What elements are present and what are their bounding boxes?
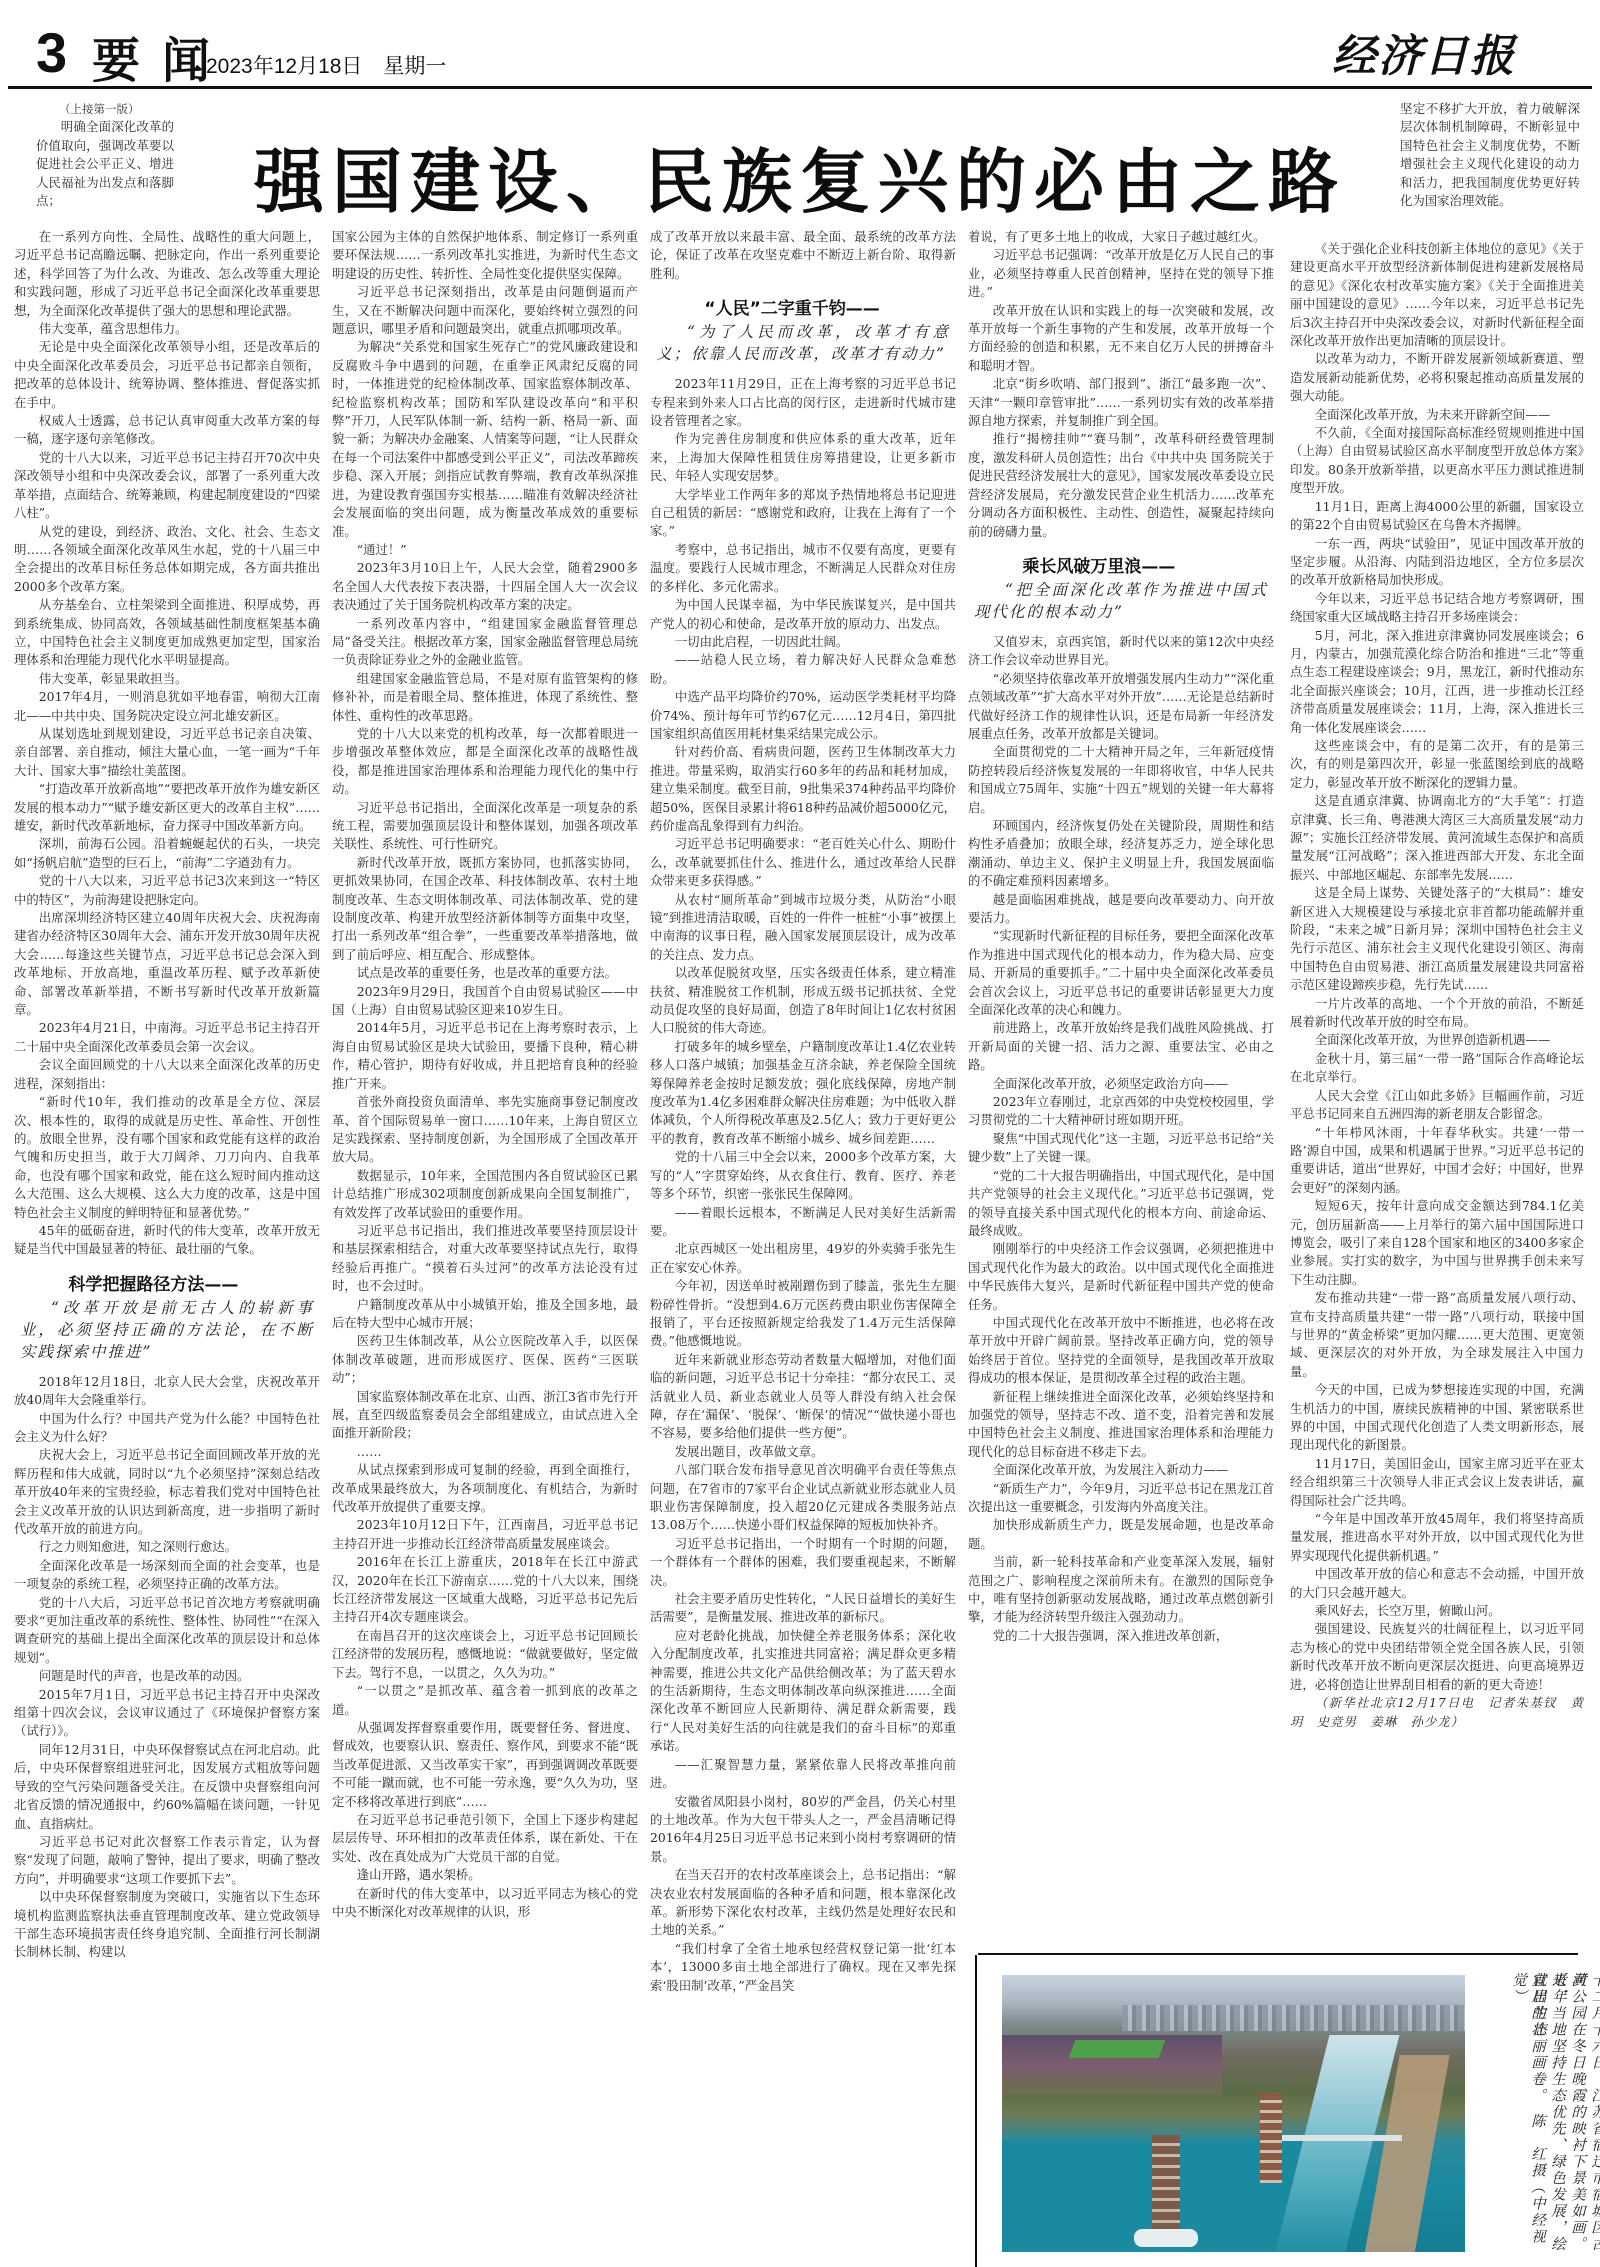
paragraph: 作为完善住房制度和供应体系的重大改革，近年来，上海加大保障性租赁住房筹措建设，让…	[650, 430, 956, 485]
intro-paragraph: 明确全面深化改革的价值取向，强调改革要以促进社会公平正义、增进人民福祉为出发点和…	[36, 118, 174, 210]
paragraph: 从试点探索到形成可复制的经验，再到全面推行，改革成果最终放大，为各项制度化、有机…	[332, 1461, 638, 1516]
paragraph: 北京“街乡吹哨、部门报到”、浙江“最多跑一次”、天津“一颗印章管审批”……一系列…	[968, 375, 1274, 430]
paragraph: 党的十八大后，习近平总书记首次地方考察就明确要求“更加注重改革的系统性、整体性、…	[14, 1594, 320, 1668]
paragraph: 考察中，总书记指出，城市不仅要有高度，更要有温度。要践行人民城市理念，不断满足人…	[650, 541, 956, 596]
paragraph: 人民大会堂《江山如此多娇》巨幅画作前，习近平总书记同来自五洲四海的新老朋友合影留…	[1290, 1087, 1584, 1124]
paragraph: 习近平总书记对此次督察工作表示肯定，认为督察“发现了问题，敲响了警钟，提出了要求…	[14, 1833, 320, 1888]
article-column-3: 成了改革开放以来最丰富、最全面、最系统的改革方法论，保证了改革在攻坚克难中不断迈…	[650, 228, 956, 2263]
masthead-rule	[8, 86, 1592, 89]
paragraph: 2015年7月1日，习近平总书记主持召开中央深改组第十四次会议，会议审议通过了《…	[14, 1686, 320, 1741]
paragraph: 习近平总书记强调：“改革开放是亿万人民自己的事业，必须坚持尊重人民首创精神，坚持…	[968, 246, 1274, 301]
paragraph: 刚刚举行的中央经济工作会议强调，必须把推进中国式现代化作为最大的政治。以中国式现…	[968, 1240, 1274, 1314]
paragraph: 发展出题目，改革做文章。	[650, 1443, 956, 1461]
paragraph: 全面深化改革是一场深刻而全面的社会变革，也是一项复杂的系统工程，必须坚持正确的改…	[14, 1557, 320, 1594]
paragraph: 一切由此启程，一切因此壮阔。	[650, 633, 956, 651]
paragraph: 2023年11月29日，正在上海考察的习近平总书记专程来到外来人口占比高的闵行区…	[650, 375, 956, 430]
paragraph: 加快形成新质生产力，既是发展命题，也是改革命题。	[968, 1516, 1274, 1553]
paragraph: 为中国人民谋幸福，为中华民族谋复兴，是中国共产党人的初心和使命，是改革开放的原动…	[650, 596, 956, 633]
paragraph: 中国为什么行？中国共产党为什么能？中国特色社会主义为什么好？	[14, 1410, 320, 1447]
paragraph: “党的二十大报告明确指出，中国式现代化，是中国共产党领导的社会主义现代化。”习近…	[968, 1167, 1274, 1241]
paragraph: “实现新时代新征程的目标任务，要把全面深化改革作为推进中国式现代化的根本动力，作…	[968, 927, 1274, 1019]
paragraph: 无论是中央全面深化改革领导小组，还是改革后的中央全面深化改革委员会，习近平总书记…	[14, 338, 320, 412]
paragraph: 习近平总书记指出，全面深化改革是一项复杂的系统工程，需要加强顶层设计和整体谋划，…	[332, 799, 638, 854]
paragraph: 国家监察体制改革在北京、山西、浙江3省市先行开展，直至四级监察委员会全部组建成立…	[332, 1388, 638, 1443]
paragraph: “一以贯之”是抓改革、蕴含着一抓到底的改革之道。	[332, 1682, 638, 1719]
paragraph: 医药卫生体制改革，从公立医院改革入手，以医保体制改革破题，进而形成医疗、医保、医…	[332, 1332, 638, 1387]
subhead-title: “人民”二字重千钧——	[650, 297, 956, 321]
paragraph: 同年12月31日，中央环保督察试点在河北启动。此后，中央环保督察组进驻河北，因发…	[14, 1741, 320, 1833]
paragraph: 党的十八大以来，习近平总书记3次来到这一“特区中的特区”，为前海建设把脉定向。	[14, 872, 320, 909]
paragraph: 全面深化改革开放，为发展注入新动力——	[968, 1461, 1274, 1479]
paragraph: 数据显示，10年来，全国范围内各自贸试验区已累计总结推广形成302项制度创新成果…	[332, 1167, 638, 1222]
paragraph: 《关于强化企业科技创新主体地位的意见》《关于建设更高水平开放型经济新体制促进构建…	[1290, 240, 1584, 350]
paragraph: 习近平总书记明确要求：“老百姓关心什么、期盼什么，改革就要抓住什么、推进什么，通…	[650, 835, 956, 890]
paragraph: 聚焦“中国式现代化”这一主题，习近平总书记给“关键少数”上了关键一课。	[968, 1130, 1274, 1167]
paragraph: 试点是改革的重要任务，也是改革的重要方法。	[332, 964, 638, 982]
paragraph: 组建国家金融监管总局，不是对原有监管架构的修修补补，而是着眼全局、整体推进，体现…	[332, 670, 638, 725]
paragraph: 从夯基垒台、立柱架梁到全面推进、积厚成势，再到系统集成、协同高效，各领域基础性制…	[14, 596, 320, 670]
paragraph: 越是面临困难挑战，越是要向改革要动力、向开放要活力。	[968, 891, 1274, 928]
paragraph: 问题是时代的声音，也是改革的动因。	[14, 1667, 320, 1685]
photo-divider	[978, 1953, 1578, 1955]
paragraph: 中选产品平均降价约70%，运动医学类耗材平均降价74%、预计每年可节约67亿元……	[650, 688, 956, 743]
paragraph: 短短6天，按年计意向成交金额达到784.1亿美元，创历届新高——上月举行的第六届…	[1290, 1197, 1584, 1289]
masthead: 3 要闻 2023年12月18日 星期一 经济日报	[0, 0, 1600, 88]
paragraph: 党的十八届三中全会以来，2000多个改革方案，大写的“人”字贯穿始终，从衣食住行…	[650, 1148, 956, 1203]
paragraph: 在习近平总书记垂范引领下，全国上下逐步构建起层层传导、环环相扣的改革责任体系，谋…	[332, 1811, 638, 1866]
article-column-2: 国家公园为主体的自然保护地体系、制定修订一系列重要环保法规……一系列改革扎实推进…	[332, 228, 638, 2263]
paragraph: 从党的建设，到经济、政治、文化、社会、生态文明……各领域全面深化改革风生水起，党…	[14, 523, 320, 597]
paragraph: 会议全面回顾党的十八大以来全面深化改革的历史进程，深刻指出：	[14, 1056, 320, 1093]
paragraph: 一片片改革的高地、一个个开放的前沿，不断延展着新时代改革开放的时空布局。	[1290, 995, 1584, 1032]
photo-city-skyline	[1122, 2005, 1465, 2031]
paragraph: 全面贯彻党的二十大精神开局之年，三年新冠疫情防控转段后经济恢复发展的一年即将收官…	[968, 743, 1274, 817]
page-number: 3	[36, 20, 67, 85]
paragraph: “我们村拿了全省土地承包经营权登记第一批‘红本本’，13000多亩土地全部进行了…	[650, 1940, 956, 1995]
paragraph: 金秋十月，第三届“一带一路”国际合作高峰论坛在北京举行。	[1290, 1050, 1584, 1087]
paragraph: 2023年立春刚过，北京西郊的中央党校校园里，学习贯彻党的二十大精神研讨班如期开…	[968, 1093, 1274, 1130]
paragraph: 以改革为动力，不断开辟发展新领域新赛道、塑造发展新动能新优势，必将积聚起推动高质…	[1290, 350, 1584, 405]
paragraph: 全面深化改革开放，为世界创造新机遇——	[1290, 1031, 1584, 1049]
paragraph: 为解决“关系党和国家生死存亡”的党风廉政建设和反腐败斗争中遇到的问题，在重拳正风…	[332, 338, 638, 540]
photo-bridge	[1272, 2135, 1402, 2141]
paragraph: 改革开放在认识和实践上的每一次突破和发展，改革开放每一个新生事物的产生和发展，改…	[968, 302, 1274, 376]
paragraph: 今天的中国，已成为梦想接连实现的中国，充满生机活力的中国，赓续民族精神的中国、紧…	[1290, 1381, 1584, 1455]
paragraph: “今年是中国改革开放45周年，我们将坚持高质量发展，推进高水平对外开放，以中国式…	[1290, 1510, 1584, 1565]
photo-green-field	[1069, 2040, 1166, 2058]
paragraph: 从强调发挥督察重要作用，既要督任务、督进度、督成效，也要察认识、察责任、察作风，…	[332, 1719, 638, 1811]
photo-caption-line-4: 宜居的壮丽画卷。 陈 红摄（中经视觉）	[1508, 1972, 1546, 2262]
paragraph: 从谋划选址到规划建设，习近平总书记亲自决策、亲自部署、亲自推动，倾注大量心血，一…	[14, 725, 320, 780]
paragraph: “新质生产力”，今年9月，习近平总书记在黑龙江首次提出这一重要概念，引发海内外高…	[968, 1480, 1274, 1517]
paragraph: 户籍制度改革从中小城镇开始，推及全国多地，最后在特大型中心城市开展；	[332, 1296, 638, 1333]
paragraph: 八部门联合发布指导意见首次明确平台责任等焦点问题，在7省市的7家平台企业试点新就…	[650, 1461, 956, 1535]
ellipsis: ……	[36, 210, 174, 220]
paragraph: 以中央环保督察制度为突破口，实施省以下生态环境机构监测监察执法垂直管理制度改革、…	[14, 1888, 320, 1962]
paragraph: 乘风好去，长空万里，俯瞰山河。	[1290, 1602, 1584, 1620]
paragraph: 又值岁末，京西宾馆，新时代以来的第12次中央经济工作会议牵动世界目光。	[968, 633, 1274, 670]
paragraph: 打破多年的城乡壁垒，户籍制度改革让1.4亿农业转移人口落户城镇；加强基金互济余缺…	[650, 1038, 956, 1148]
paragraph: 针对药价高、看病贵问题，医药卫生体制改革大力推进。带量采购，取消实行60多年的药…	[650, 743, 956, 835]
paragraph: ——着眼长远根本，不断满足人民对美好生活新需要。	[650, 1204, 956, 1241]
article-column-1-body: 在一系列方向性、全局性、战略性的重大问题上，习近平总书记高瞻远瞩、把脉定向，作出…	[14, 228, 320, 2263]
paragraph: 出席深圳经济特区建立40周年庆祝大会、庆祝海南建省办经济特区30周年大会、浦东开…	[14, 909, 320, 1019]
paragraph: 不久前，《全面对接国际高标准经贸规则推进中国（上海）自由贸易试验区高水平制度型开…	[1290, 424, 1584, 498]
paragraph: 这是直通京津冀、协调南北方的“大手笔”：打造京津冀、长三角、粤港澳大湾区三大高质…	[1290, 792, 1584, 884]
paragraph: 党的十八大以来，习近平总书记主持召开70次中央深改领导小组和中央深改委会议，部署…	[14, 449, 320, 523]
paragraph: 全面深化改革开放，必须坚定政治方向——	[968, 1075, 1274, 1093]
paragraph: 今年初，因送单时被剐蹭伤到了膝盖，张先生左腿粉碎性骨折。“没想到4.6万元医药费…	[650, 1277, 956, 1351]
section-subhead: 乘长风破万里浪—— “把全面深化改革作为推进中国式现代化的根本动力”	[968, 555, 1274, 623]
paragraph: 2023年9月29日，我国首个自由贸易试验区——中国（上海）自由贸易试验区迎来1…	[332, 983, 638, 1020]
section-subhead: 科学把握路径方法—— “改革开放是前无古人的崭新事业，必须坚持正确的方法论，在不…	[14, 1273, 320, 1363]
paragraph: 全面深化改革开放，为未来开辟新空间——	[1290, 406, 1584, 424]
paragraph: “新时代10年，我们推动的改革是全方位、深层次、根本性的，取得的成就是历史性、革…	[14, 1093, 320, 1222]
paragraph: 习近平总书记指出，一个时期有一个时期的问题，一个群体有一个群体的困难，我们要重视…	[650, 1535, 956, 1590]
photo-pagoda	[1260, 2093, 1282, 2183]
subhead-title: 科学把握路径方法——	[14, 1273, 320, 1297]
paragraph: ——汇聚智慧力量，紧紧依靠人民将改革推向前进。	[650, 1756, 956, 1793]
paragraph: 北京西城区一处出租房里，49岁的外卖骑手张先生正在家安心休养。	[650, 1240, 956, 1277]
paragraph: 11月17日，美国旧金山，国家主席习近平在亚太经合组织第三十次领导人非正式会议上…	[1290, 1455, 1584, 1510]
paragraph: 推行“揭榜挂帅”“赛马制”，改革科研经费管理制度，激发科研人员创造性；出台《中共…	[968, 430, 1274, 540]
paragraph: 社会主要矛盾历史性转化，“人民日益增长的美好生活需要”，是衡量发展、推进改革的新…	[650, 1590, 956, 1627]
paragraph: 深圳，前海石公园。沿着蜿蜒起伏的石头，一块完如“扬帆启航”造型的巨石上，“前海”…	[14, 835, 320, 872]
main-headline: 强国建设、民族复兴的必由之路	[250, 126, 1350, 227]
paragraph: 2023年10月12日下午，江西南昌，习近平总书记主持召开进一步推动长江经济带高…	[332, 1516, 638, 1553]
continued-from-front: （上接第一版）	[36, 100, 174, 118]
paragraph: 2014年5月，习近平总书记在上海考察时表示，上海自由贸易试验区是块大试验田，要…	[332, 1019, 638, 1093]
paragraph: 一东一西，两块“试验田”，见证中国改革开放的坚定步履。从沿海、内陆到沿边地区，全…	[1290, 535, 1584, 590]
section-subhead: “人民”二字重千钧—— “为了人民而改革，改革才有意义；依靠人民而改革，改革才有…	[650, 297, 956, 365]
paragraph: 一系列改革内容中，“组建国家金融监督管理总局”备受关注。根据改革方案，国家金融监…	[332, 615, 638, 670]
paragraph: 11月1日，距离上海4000公里的新疆，国家设立的第22个自由贸易试验区在乌鲁木…	[1290, 498, 1584, 535]
paragraph: 这是全局上谋势、关键处落子的“大棋局”：雄安新区进入大规模建设与承接北京非首都功…	[1290, 884, 1584, 994]
paragraph: 习近平总书记指出，我们推进改革要坚持顶层设计和基层探索相结合，对重大改革要坚持试…	[332, 1222, 638, 1296]
paragraph: 2017年4月，一则消息犹如平地春雷，响彻大江南北——中共中央、国务院决定设立河…	[14, 688, 320, 725]
paragraph: 近年来新就业形态劳动者数量大幅增加，对他们面临的新问题，习近平总书记十分牵挂：“…	[650, 1351, 956, 1443]
paragraph: 习近平总书记深刻指出，改革是由问题倒逼而产生，又在不断解决问题中而深化，要始终树…	[332, 283, 638, 338]
paragraph: 今年以来，习近平总书记结合地方考察调研，围绕国家重大区域战略主持召开多场座谈会：	[1290, 590, 1584, 627]
paragraph: 发布推动共建“一带一路”高质量发展八项行动、宣布支持高质量共建“一带一路”八项行…	[1290, 1289, 1584, 1381]
paragraph: 中国式现代化在改革开放中不断推进，也必将在改革开放中开辟广阔前景。坚持改革正确方…	[968, 1314, 1274, 1388]
paragraph: 2023年4月21日，中南海。习近平总书记主持召开二十届中央全面深化改革委员会第…	[14, 1019, 320, 1056]
paragraph: 环顾国内，经济恢复仍处在关键阶段，周期性和结构性矛盾叠加；放眼全球，经济复苏乏力…	[968, 817, 1274, 891]
paragraph: 党的十八大以来党的机构改革，每一次都着眼进一步增强改革整体效应，都是全面深化改革…	[332, 725, 638, 799]
newspaper-logo: 经济日报	[1332, 20, 1516, 84]
paragraph: 行之力则知愈进，知之深则行愈达。	[14, 1538, 320, 1556]
article-column-5-top: 坚定不移扩大开放，着力破解深层次体制机制障碍，不断彰显中国特色社会主义制度优势，…	[1400, 100, 1580, 235]
paragraph: 在当天召开的农村改革座谈会上，总书记指出：“解决农业农村发展面临的各种矛盾和问题…	[650, 1866, 956, 1940]
paragraph: 在南昌召开的这次座谈会上，习近平总书记回顾长江经济带的发展历程，感慨地说：“做就…	[332, 1627, 638, 1682]
photo-pagoda	[1152, 2135, 1180, 2235]
paragraph: 应对老龄化挑战，加快健全养老服务体系；深化收入分配制度改革，扎实推进共同富裕；满…	[650, 1627, 956, 1756]
paragraph: 国家公园为主体的自然保护地体系、制定修订一系列重要环保法规……一系列改革扎实推进…	[332, 228, 638, 283]
subhead-title: 乘长风破万里浪——	[968, 555, 1274, 579]
paragraph: 伟大变革，彰显果敢担当。	[14, 670, 320, 688]
paragraph: “打造改革开放新高地”“要把改革开放作为雄安新区发展的根本动力”“赋予雄安新区更…	[14, 780, 320, 835]
subhead-quote: “把全面深化改革作为推进中国式现代化的根本动力”	[968, 579, 1274, 623]
paragraph: 2018年12月18日，北京人民大会堂，庆祝改革开放40周年大会隆重举行。	[14, 1373, 320, 1410]
paragraph: 新征程上继续推进全面深化改革，必须始终坚持和加强党的领导，坚持志不改、道不变，沿…	[968, 1388, 1274, 1462]
paragraph: 安徽省凤阳县小岗村，80岁的严金昌，仍关心村里的土地改革。作为大包干带头人之一，…	[650, 1793, 956, 1867]
paragraph: 庆祝大会上，习近平总书记全面回顾改革开放的光辉历程和伟大成就，同时以“九个必须坚…	[14, 1446, 320, 1538]
paragraph: 着说，有了更多土地上的收成，大家日子越过越红火。	[968, 228, 1274, 246]
issue-date: 2023年12月18日 星期一	[206, 50, 446, 80]
paragraph: 大学毕业工作两年多的郑岚予热情地将总书记迎进自己租赁的新居：“感谢党和政府，让我…	[650, 486, 956, 541]
paragraph: “通过！”	[332, 541, 638, 559]
paragraph: 首张外商投资负面清单、率先实施商事登记制度改革、首个国际贸易单一窗口……10年来…	[332, 1093, 638, 1167]
paragraph: 从农村“厕所革命”到城市垃圾分类，从防治“小眼镜”到推进清洁取暖，百姓的一件件一…	[650, 891, 956, 965]
paragraph: 坚定不移扩大开放，着力破解深层次体制机制障碍，不断彰显中国特色社会主义制度优势，…	[1400, 100, 1580, 210]
paragraph: 伟大变革，蕴含思想伟力。	[14, 320, 320, 338]
paragraph: 45年的砥砺奋进，新时代的伟大变革，改革开放无疑是当代中国最显著的特征、最壮丽的…	[14, 1222, 320, 1259]
paragraph: 强国建设、民族复兴的壮阔征程上，以习近平同志为核心的党中央团结带领全党全国各族人…	[1290, 1620, 1584, 1694]
paragraph: 成了改革开放以来最丰富、最全面、最系统的改革方法论，保证了改革在攻坚克难中不断迈…	[650, 228, 956, 283]
paragraph: 前进路上，改革开放始终是我们战胜风险挑战、打开新局面的关键一招、活力之源、重要法…	[968, 1019, 1274, 1074]
paragraph: 这些座谈会中，有的是第二次开，有的是第三次，有的则是第四次开，彰显一张蓝图绘到底…	[1290, 737, 1584, 792]
paragraph: 逢山开路，遇水架桥。	[332, 1866, 638, 1884]
paragraph: 当前，新一轮科技革命和产业变革深入发展，辐射范围之广、影响程度之深前所未有。在激…	[968, 1553, 1274, 1627]
article-column-5: 《关于强化企业科技创新主体地位的意见》《关于建设更高水平开放型经济新体制促进构建…	[1290, 240, 1584, 1940]
paragraph: 党的二十大报告强调，深入推进改革创新，	[968, 1627, 1274, 1645]
paragraph: 在新时代的伟大变革中，以习近平同志为核心的党中央不断深化对改革规律的认识，形	[332, 1885, 638, 1922]
paragraph: 中国改革开放的信心和意志不会动摇，中国开放的大门只会越开越大。	[1290, 1565, 1584, 1602]
paragraph: 5月，河北，深入推进京津冀协同发展座谈会；6月，内蒙古，加强荒漠化综合防治和推进…	[1290, 627, 1584, 737]
article-byline: （新华社北京12月17日电 记者朱基钗 黄玥 史竞男 姜琳 孙少龙）	[1290, 1694, 1584, 1731]
paragraph: 权威人士透露，总书记认真审阅重大改革方案的每一稿，逐字逐句亲笔修改。	[14, 412, 320, 449]
paragraph: ——站稳人民立场，着力解决好人民群众急难愁盼。	[650, 651, 956, 688]
paragraph: ……	[332, 1443, 638, 1461]
subhead-quote: “为了人民而改革，改革才有意义；依靠人民而改革，改革才有动力”	[650, 321, 956, 365]
paragraph: “必须坚持依靠改革开放增强发展内生动力”“深化重点领域改革”“扩大高水平对外开放…	[968, 670, 1274, 744]
article-column-1: （上接第一版） 明确全面深化改革的价值取向，强调改革要以促进社会公平正义、增进人…	[36, 100, 174, 220]
paragraph: 2023年3月10日上午，人民大会堂，随着2900多名全国人大代表按下表决器，十…	[332, 559, 638, 614]
paragraph: 2016年在长江上游重庆，2018年在长江中游武汉，2020年在长江下游南京………	[332, 1553, 638, 1627]
subhead-quote: “改革开放是前无古人的崭新事业，必须坚持正确的方法论，在不断实践探索中推进”	[14, 1297, 320, 1363]
news-photo-pagoda-park	[1002, 1975, 1465, 2252]
paragraph: 以改革促脱贫攻坚，压实各级责任体系，建立精准扶贫、精准脱贫工作机制，形成五级书记…	[650, 964, 956, 1038]
photo-frame-border	[975, 1955, 977, 2267]
article-column-4: 着说，有了更多土地上的收成，大家日子越过越红火。 习近平总书记强调：“改革开放是…	[968, 228, 1274, 1943]
paragraph: 在一系列方向性、全局性、战略性的重大问题上，习近平总书记高瞻远瞩、把脉定向，作出…	[14, 228, 320, 320]
paragraph: “十年栉风沐雨，十年春华秋实。共建‘一带一路’源自中国，成果和机遇属于世界。”习…	[1290, 1124, 1584, 1198]
paragraph: 新时代改革开放，既抓方案协同，也抓落实协同，更抓效果协同，在国企改革、科技体制改…	[332, 854, 638, 964]
